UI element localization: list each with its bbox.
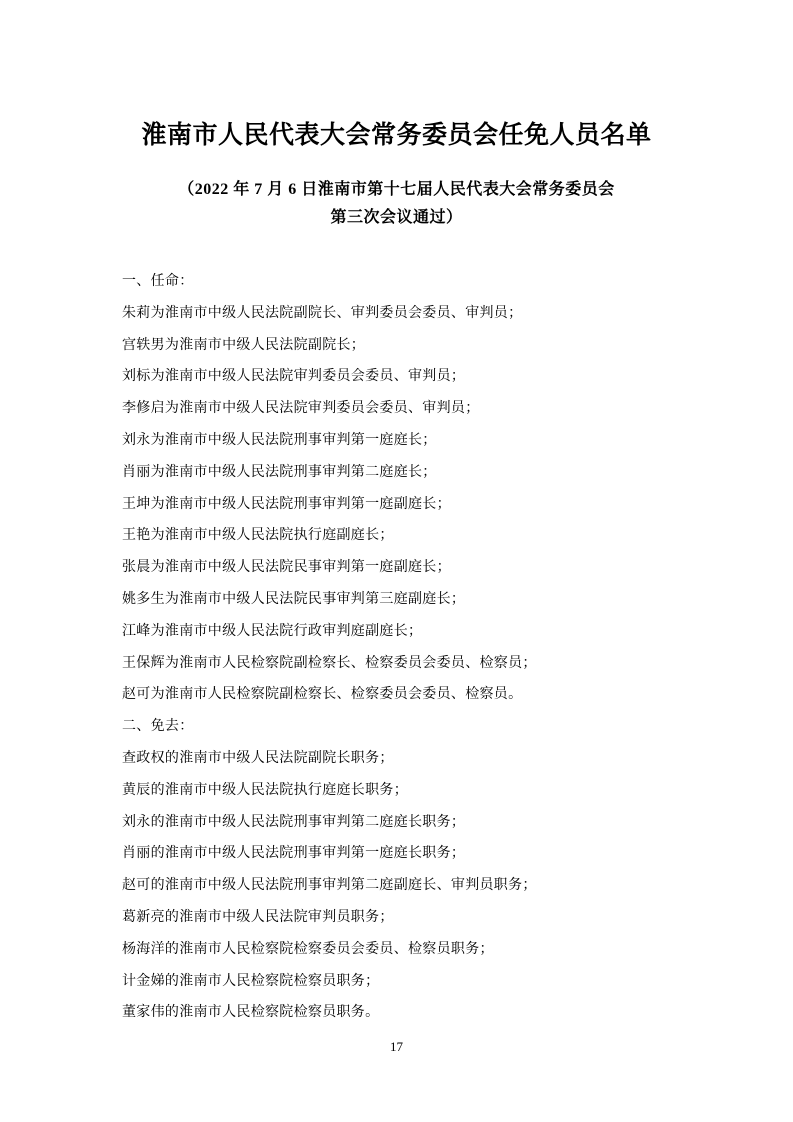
appointment-line: 朱莉为淮南市中级人民法院副院长、审判委员会委员、审判员； [122,298,677,330]
section-heading-removals: 二、免去： [122,711,677,743]
removal-line: 肖丽的淮南市中级人民法院刑事审判第一庭庭长职务； [122,838,677,870]
appointment-line: 王保辉为淮南市人民检察院副检察长、检察委员会委员、检察员； [122,648,677,680]
subtitle-line-1: （2022 年 7 月 6 日淮南市第十七届人民代表大会常务委员会 [0,176,793,204]
appointment-line: 李修启为淮南市中级人民法院审判委员会委员、审判员； [122,393,677,425]
appointment-line: 肖丽为淮南市中级人民法院刑事审判第二庭庭长； [122,457,677,489]
removal-line: 刘永的淮南市中级人民法院刑事审判第二庭庭长职务； [122,807,677,839]
appointment-line: 姚多生为淮南市中级人民法院民事审判第三庭副庭长； [122,584,677,616]
document-title: 淮南市人民代表大会常务委员会任免人员名单 [0,0,793,154]
page-number: 17 [0,1038,793,1056]
document-subtitle: （2022 年 7 月 6 日淮南市第十七届人民代表大会常务委员会 第三次会议通… [0,176,793,232]
removal-line: 董家伟的淮南市人民检察院检察员职务。 [122,997,677,1029]
subtitle-line-2: 第三次会议通过） [0,204,793,232]
appointment-line: 王坤为淮南市中级人民法院刑事审判第一庭副庭长； [122,489,677,521]
appointment-line: 王艳为淮南市中级人民法院执行庭副庭长； [122,520,677,552]
document-body: 一、任命： 朱莉为淮南市中级人民法院副院长、审判委员会委员、审判员； 宫轶男为淮… [122,266,677,1029]
document-page: 淮南市人民代表大会常务委员会任免人员名单 （2022 年 7 月 6 日淮南市第… [0,0,793,1122]
appointment-line: 刘标为淮南市中级人民法院审判委员会委员、审判员； [122,361,677,393]
appointment-line: 江峰为淮南市中级人民法院行政审判庭副庭长； [122,616,677,648]
appointment-line: 张晨为淮南市中级人民法院民事审判第一庭副庭长； [122,552,677,584]
appointment-line: 赵可为淮南市人民检察院副检察长、检察委员会委员、检察员。 [122,679,677,711]
appointment-line: 宫轶男为淮南市中级人民法院副院长； [122,330,677,362]
removal-line: 赵可的淮南市中级人民法院刑事审判第二庭副庭长、审判员职务； [122,870,677,902]
section-heading-appointments: 一、任命： [122,266,677,298]
removal-line: 杨海洋的淮南市人民检察院检察委员会委员、检察员职务； [122,934,677,966]
appointment-line: 刘永为淮南市中级人民法院刑事审判第一庭庭长； [122,425,677,457]
removal-line: 黄辰的淮南市中级人民法院执行庭庭长职务； [122,775,677,807]
removal-line: 计金娣的淮南市人民检察院检察员职务； [122,966,677,998]
removal-line: 葛新亮的淮南市中级人民法院审判员职务； [122,902,677,934]
removal-line: 查政权的淮南市中级人民法院副院长职务； [122,743,677,775]
